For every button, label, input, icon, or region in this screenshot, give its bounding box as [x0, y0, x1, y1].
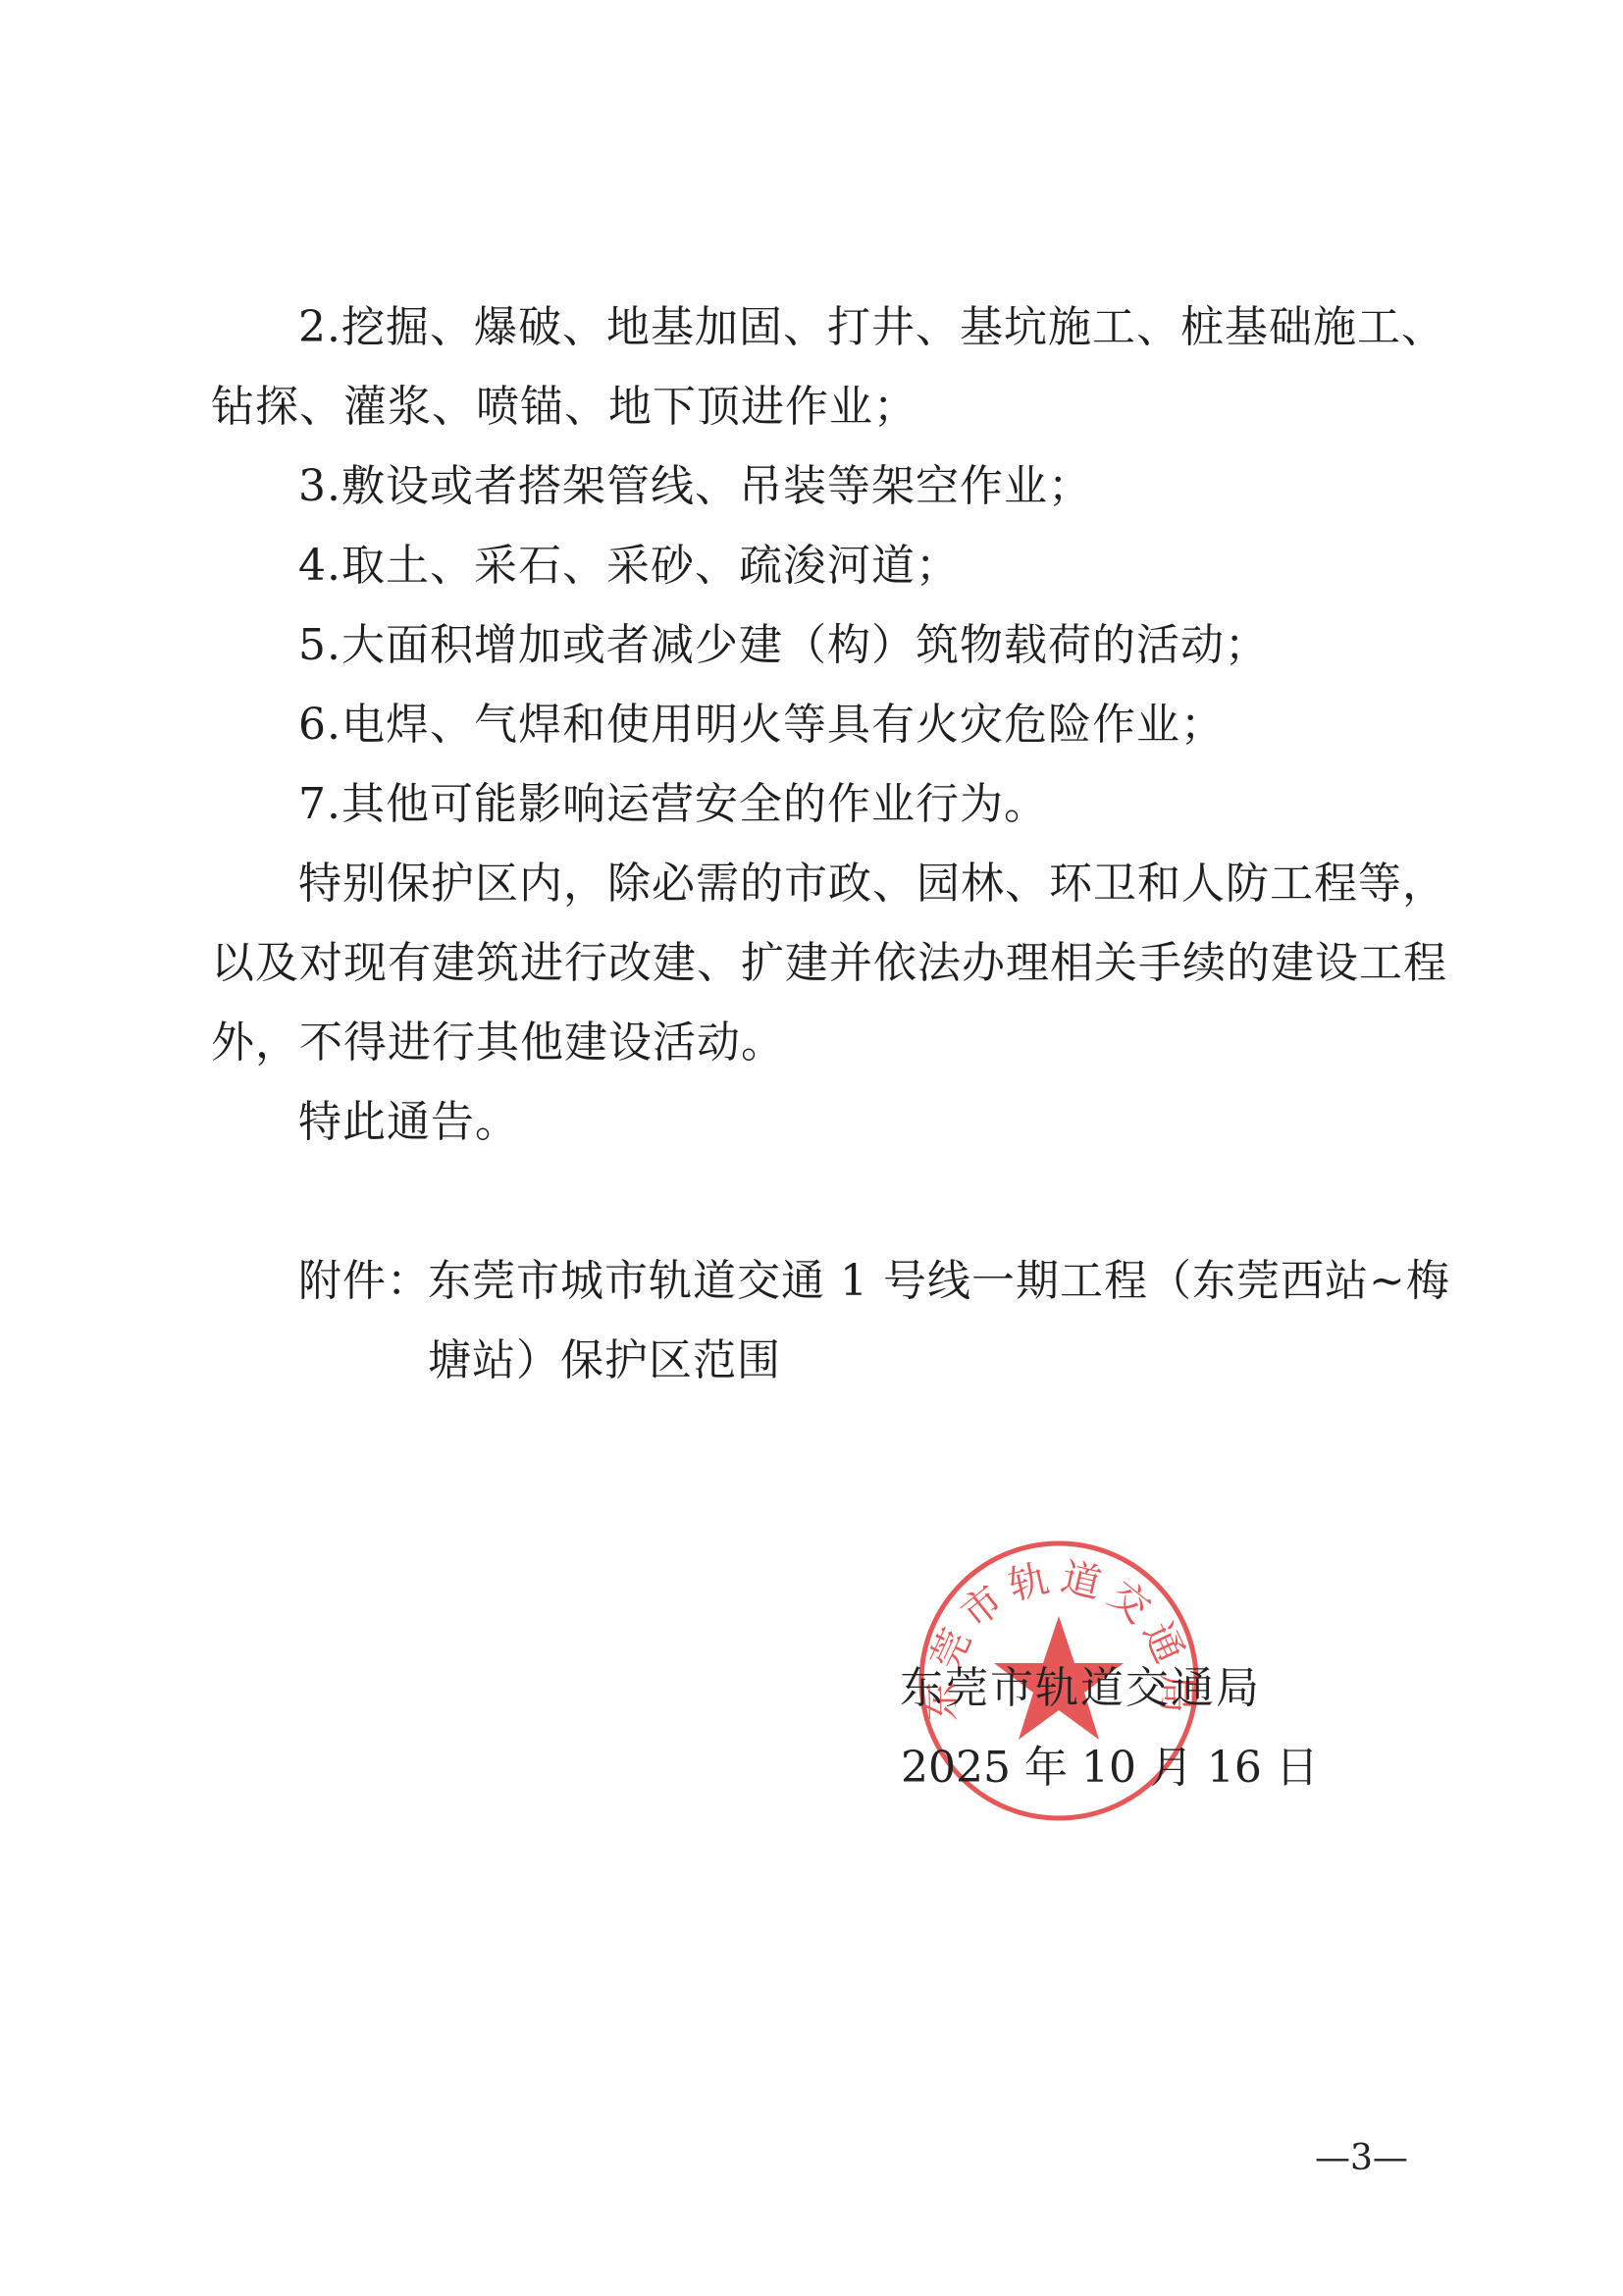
item-7: 7.其他可能影响运营安全的作业行为。 [298, 777, 1048, 832]
item-5: 5.大面积增加或者减少建（构）筑物载荷的活动； [298, 618, 1269, 673]
attachment-line-2: 塘站）保护区范围 [428, 1333, 781, 1388]
closing-statement: 特此通告。 [298, 1095, 519, 1150]
item-4: 4.取土、采石、采砂、疏浚河道； [298, 539, 960, 594]
page-number: —3— [1315, 2139, 1408, 2178]
signing-date: 2025 年 10 月 16 日 [901, 1741, 1319, 1796]
item-3: 3.敷设或者搭架管线、吊装等架空作业； [298, 459, 1092, 514]
item-2-line-1: 2.挖掘、爆破、地基加固、打井、基坑施工、桩基础施工、 [298, 300, 1445, 355]
item-6: 6.电焊、气焊和使用明火等具有火灾危险作业； [298, 698, 1225, 753]
signing-organization: 东莞市轨道交通局 [900, 1661, 1261, 1716]
document-page: 2.挖掘、爆破、地基加固、打井、基坑施工、桩基础施工、 钻探、灌浆、喷锚、地下顶… [0, 0, 1623, 2296]
special-zone-line-3: 外，不得进行其他建设活动。 [211, 1016, 785, 1070]
attachment-label: 附件： [298, 1254, 431, 1309]
item-2-line-2: 钻探、灌浆、喷锚、地下顶进作业； [211, 380, 917, 435]
special-zone-line-1: 特别保护区内，除必需的市政、园林、环卫和人防工程等， [298, 857, 1446, 912]
attachment-line-1: 东莞市城市轨道交通 1 号线一期工程（东莞西站~梅 [428, 1254, 1450, 1309]
special-zone-line-2: 以及对现有建筑进行改建、扩建并依法办理相关手续的建设工程 [211, 936, 1447, 991]
